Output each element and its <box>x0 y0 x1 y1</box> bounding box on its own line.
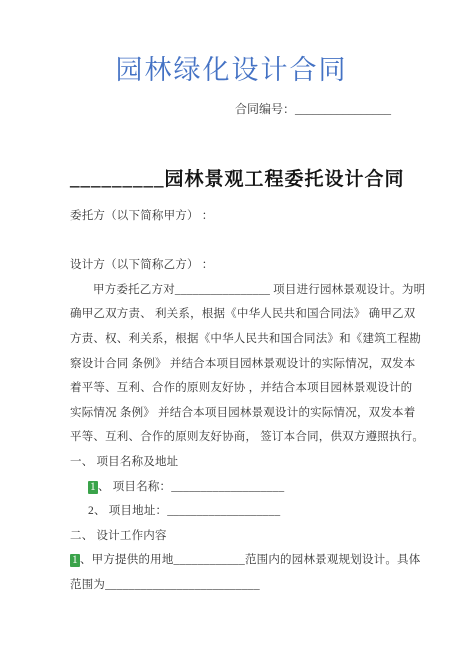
blank-line <box>70 229 463 254</box>
item-design-scope: 1、甲方提供的用地____________范围内的园林景观规划设计。具体 <box>70 548 463 573</box>
preamble-line: 着平等、互利、合作的原则友好协 ，并结合本项目园林景观设计的 <box>70 376 463 401</box>
preamble-line: 实际情况 条例》 并结合本项目园林景观设计的实际情况，双发本着 <box>70 401 463 426</box>
preamble-line: 察设计合同 条例》 并结合本项目园林景观设计的实际情况，双发本 <box>70 352 463 377</box>
document-title: 园林绿化设计合同 <box>0 0 463 88</box>
preamble-line: 方责、权、利关系，根据《中华人民共和国合同法》和《建筑工程勘 <box>70 327 463 352</box>
contract-number-blank: ________________ <box>295 102 391 116</box>
preamble-line: 平等、互利、合作的原则友好协商， 签订本合同，供双方遵照执行。 <box>70 425 463 450</box>
document-body: 委托方（以下简称甲方） ： 设计方（以下简称乙方） ： 甲方委托乙方对_____… <box>70 204 463 598</box>
party-a-line: 委托方（以下简称甲方） ： <box>70 204 463 229</box>
contract-number-label: 合同编号： <box>235 102 295 116</box>
item-design-scope-text: 、甲方提供的用地____________范围内的园林景观规划设计。具体 <box>80 554 421 566</box>
subtitle-text: 园林景观工程委托设计合同 <box>165 169 405 190</box>
preamble-line: 确甲乙双方责、 利关系，根据《中华人民共和国合同法》 确甲乙双 <box>70 302 463 327</box>
document-page: 园林绿化设计合同 合同编号：________________ _________… <box>0 0 463 655</box>
item-project-address: 2、 项目地址：___________________ <box>70 499 463 524</box>
section-one-heading: 一、 项目名称及地址 <box>70 450 463 475</box>
section-two-heading: 二、 设计工作内容 <box>70 524 463 549</box>
item-design-scope-continuation: 范围为__________________________ <box>70 573 463 598</box>
document-subtitle: _________园林景观工程委托设计合同 <box>70 166 463 194</box>
contract-number-row: 合同编号：________________ <box>0 100 463 118</box>
item-project-name-text: 、 项目名称：___________________ <box>98 481 284 493</box>
item-project-name: 1、 项目名称：___________________ <box>70 475 463 500</box>
preamble-line: 甲方委托乙方对________________ 项目进行园林景观设计。为明 <box>70 278 463 303</box>
item-number-highlight: 1 <box>70 554 80 567</box>
party-b-line: 设计方（以下简称乙方） ： <box>70 253 463 278</box>
item-number-highlight: 1 <box>88 481 98 494</box>
subtitle-blank: _________ <box>70 169 165 190</box>
